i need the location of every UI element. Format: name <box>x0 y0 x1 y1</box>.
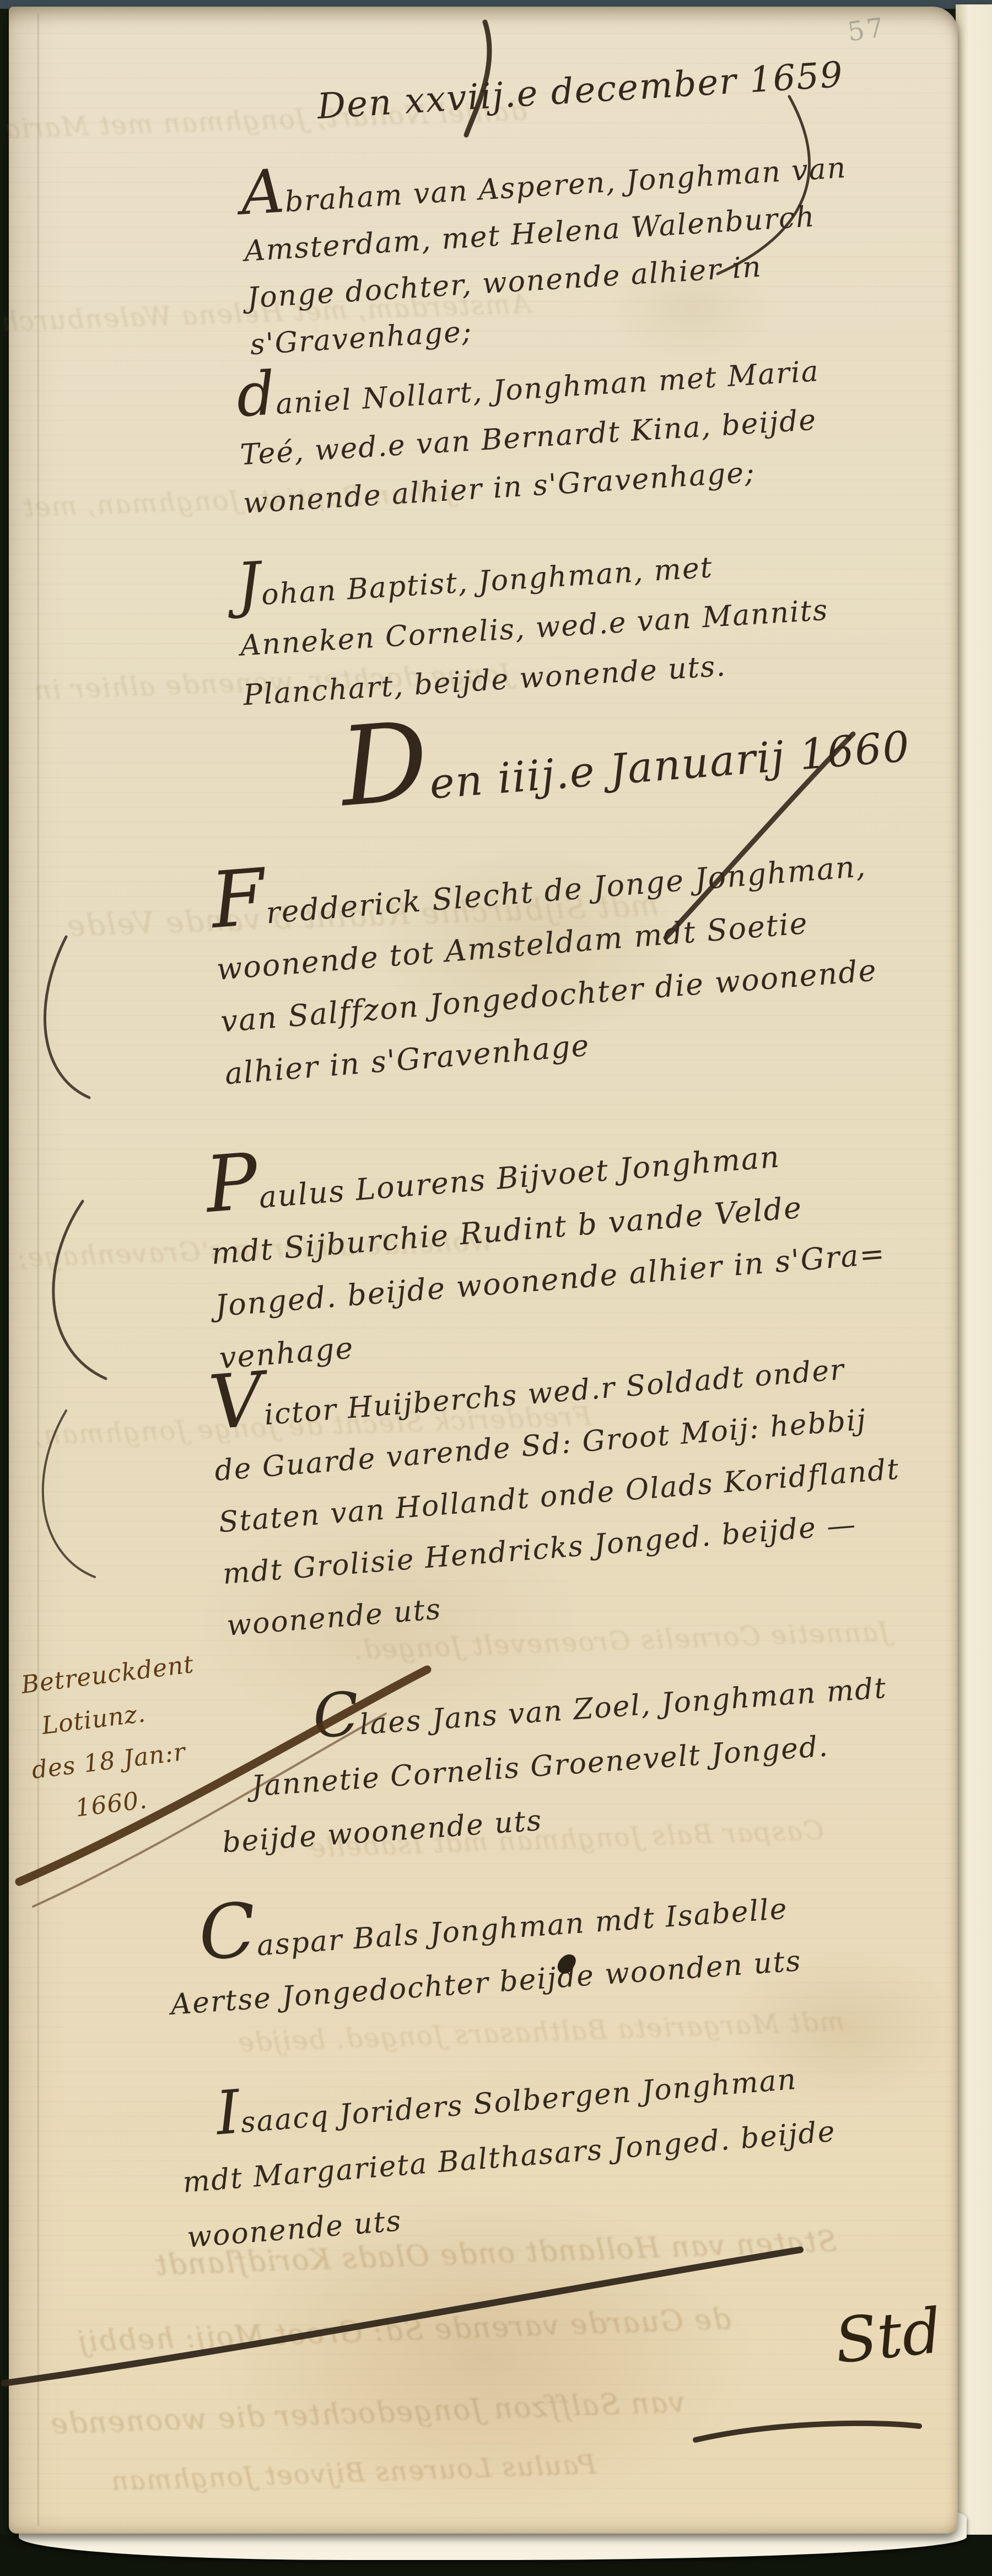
marriage-entry: Abraham van Asperen, Jonghman van Amster… <box>240 145 857 369</box>
notary-monogram: Std <box>832 2295 945 2378</box>
adjacent-page-edge <box>956 4 992 2556</box>
margin-note: Betreuckdent Lotiunz. des 18 Jan:r 1660. <box>19 1643 212 1835</box>
page-number: 57 <box>845 12 887 47</box>
marriage-entry: Victor Huijberchs wed.r Soldadt onder de… <box>208 1340 909 1652</box>
